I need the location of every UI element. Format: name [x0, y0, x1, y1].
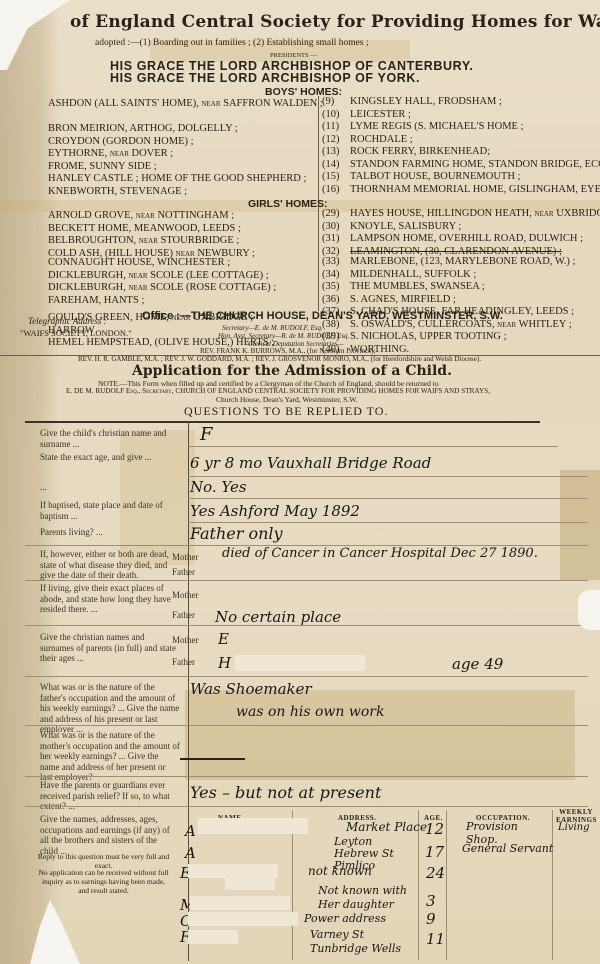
girls-home-item-numbered: (39)S. NICHOLAS, UPPER TOOTING ;	[322, 331, 507, 344]
father-label: Father	[172, 610, 195, 621]
answer-father-employer[interactable]: was on his own work	[236, 704, 384, 720]
sibling-name: A	[185, 822, 196, 840]
redaction	[188, 864, 278, 878]
answer-mother-death[interactable]: died of Cancer in Cancer Hospital Dec 27…	[222, 546, 538, 561]
question-label: Parents living? ...	[40, 527, 180, 538]
telegraphic-value: "WAIFS SOCIETY, LONDON."	[20, 328, 132, 338]
boys-home-item: FROME, SUNNY SIDE ;	[48, 161, 157, 174]
mother-label: Mother	[172, 635, 199, 646]
office-address: Office :—THE CHURCH HOUSE, DEAN'S YARD, …	[142, 310, 503, 322]
girls-home-item-numbered: (36)S. AGNES, MIRFIELD ;	[322, 294, 456, 307]
answer-father-occupation[interactable]: Was Shoemaker	[190, 680, 312, 698]
boys-home-item-numbered: (15)TALBOT HOUSE, BOURNEMOUTH ;	[322, 171, 520, 184]
question-label: If baptised, state place and date of bap…	[40, 500, 180, 521]
sibling-name: A	[185, 844, 196, 862]
answer-father-age[interactable]: age 49	[452, 655, 503, 673]
girls-home-item-numbered: (33)MARLEBONE, (123, MARYLEBONE ROAD, W.…	[322, 256, 575, 269]
sibling-address: Not known with Her daughter	[318, 884, 418, 912]
mother-label: Mother	[172, 552, 199, 563]
boys-home-item: ASHDON (ALL SAINTS' HOME), near SAFFRON …	[48, 98, 323, 111]
answer-parish-relief[interactable]: Yes – but not at present	[190, 783, 381, 802]
girls-home-item: BECKETT HOME, MEANWOOD, LEEDS ;	[48, 223, 241, 236]
clerical-line-2: REV. H. R. GAMBLE, M.A. ; REV. J. W. GOD…	[78, 355, 481, 363]
sibling-earnings: Living	[558, 822, 590, 833]
sibling-age: 12	[425, 820, 444, 838]
question-label: ...	[40, 482, 180, 493]
secretary-line: Secretary—E. de M. RUDOLF, Esq.	[222, 324, 323, 332]
table-col-divider	[552, 810, 553, 960]
row-line	[25, 806, 588, 807]
redaction	[225, 878, 275, 890]
torn-corner	[0, 0, 70, 70]
methods-text: adopted :—(1) Boarding out in families ;…	[95, 38, 369, 48]
table-col-divider	[446, 810, 447, 960]
question-label: What was or is the nature of the father'…	[40, 682, 180, 735]
sibling-address: Varney St Tunbridge Wells	[310, 928, 415, 956]
boys-home-item-numbered: (9)KINGSLEY HALL, FRODSHAM ;	[322, 96, 502, 109]
row-line	[25, 580, 588, 581]
society-title: of England Central Society for Providing…	[70, 12, 600, 32]
row-line	[188, 446, 558, 447]
father-label: Father	[172, 567, 195, 578]
answer-mother-occupation-dash	[180, 758, 245, 760]
boys-home-item: CROYDON (GORDON HOME) ;	[48, 136, 194, 149]
answer-parents-living[interactable]: Father only	[190, 524, 283, 543]
answer-baptism-place-date[interactable]: Yes Ashford May 1892	[190, 502, 360, 520]
boys-home-item-numbered: (10)LEICESTER ;	[322, 109, 411, 122]
girls-home-item: DICKLEBURGH, near SCOLE (ROSE COTTAGE) ;	[48, 282, 276, 295]
mother-label: Mother	[172, 590, 199, 601]
form-top-rule	[25, 421, 540, 423]
boys-home-item-numbered: (12)ROCHDALE ;	[322, 134, 413, 147]
answer-child-name[interactable]: F	[200, 424, 213, 445]
question-label: Give the names, addresses, ages, occupat…	[40, 814, 175, 856]
question-note: No application can be received without f…	[36, 868, 171, 895]
girls-home-item: CONNAUGHT HOUSE, WINCHESTER ;	[48, 257, 230, 270]
row-line	[25, 776, 588, 777]
row-line	[188, 476, 588, 477]
president-york: HIS GRACE THE LORD ARCHBISHOP OF YORK.	[110, 71, 420, 85]
girls-home-item: BELBROUGHTON, near STOURBRIDGE ;	[48, 235, 239, 248]
boys-home-item: KNEBWORTH, STEVENAGE ;	[48, 186, 187, 199]
question-label: If, however, either or both are dead, st…	[40, 549, 180, 581]
sibling-address: not known	[308, 864, 372, 878]
answer-baptised[interactable]: No. Yes	[190, 478, 247, 496]
row-line	[188, 522, 588, 523]
redaction	[198, 818, 308, 834]
application-form-sheet: of England Central Society for Providing…	[0, 0, 600, 964]
boys-home-item: EYTHORNE, near DOVER ;	[48, 148, 173, 161]
girls-home-item-numbered: (34)MILDENHALL, SUFFOLK ;	[322, 269, 476, 282]
question-label: Give the christian names and surnames of…	[40, 632, 180, 664]
boys-home-item: HANLEY CASTLE ; HOME OF THE GOOD SHEPHER…	[48, 173, 306, 186]
father-label: Father	[172, 657, 195, 668]
answer-age-address[interactable]: 6 yr 8 mo Vauxhall Bridge Road	[190, 454, 431, 472]
boys-home-item-numbered: (13)ROCK FERRY, BIRKENHEAD;	[322, 146, 490, 159]
row-line	[25, 676, 588, 677]
redaction	[190, 896, 290, 910]
sibling-occupation: General Servant	[462, 842, 553, 855]
answer-father-name[interactable]: H	[218, 654, 231, 672]
telegraphic-label: Telegraphic Address :	[28, 316, 107, 326]
sibling-address: Market Place	[346, 820, 427, 834]
girls-home-item: ARNOLD GROVE, near NOTTINGHAM ;	[48, 210, 234, 223]
girls-homes-heading: GIRLS' HOMES:	[248, 198, 328, 210]
redaction	[235, 655, 365, 671]
sibling-address: Power address	[304, 912, 386, 925]
question-label: State the exact age, and give ...	[40, 452, 180, 463]
boys-home-item-numbered: (11)LYME REGIS (S. MICHAEL'S HOME ;	[322, 121, 524, 134]
redaction	[188, 912, 298, 926]
row-line	[188, 498, 588, 499]
girls-home-item-numbered: (29)HAYES HOUSE, HILLINGDON HEATH, near …	[322, 208, 600, 221]
sibling-age: 24	[426, 864, 445, 882]
question-label: Give the child's christian name and surn…	[40, 428, 180, 449]
answer-mother-name[interactable]: E	[218, 630, 229, 648]
girls-home-item-numbered: (30)KNOYLE, SALISBURY ;	[322, 221, 461, 234]
sibling-age: 3	[426, 892, 436, 910]
redaction	[188, 930, 238, 944]
torn-edge	[30, 900, 80, 964]
torn-edge	[578, 590, 600, 630]
note-line-3: Church House, Dean's Yard, Westminster, …	[216, 395, 357, 404]
boys-home-item: BRON MEIRION, ARTHOG, DOLGELLY ;	[48, 123, 238, 136]
girls-home-item-numbered: (35)THE MUMBLES, SWANSEA ;	[322, 281, 485, 294]
sibling-age: 17	[425, 843, 444, 861]
tape-strip	[560, 470, 600, 580]
sibling-age: 9	[426, 910, 436, 928]
boys-home-item-numbered: (16)THORNHAM MEMORIAL HOME, GISLINGHAM, …	[322, 184, 600, 197]
questions-heading: QUESTIONS TO BE REPLIED TO.	[184, 404, 388, 419]
presidents-label: PRESIDENTS —	[270, 52, 317, 59]
question-label: If living, give their exact places of ab…	[40, 583, 180, 615]
answer-father-abode[interactable]: No certain place	[215, 608, 341, 626]
girls-home-item-numbered: (31)LAMPSON HOME, OVERHILL ROAD, DULWICH…	[322, 233, 583, 246]
application-title: Application for the Admission of a Child…	[132, 363, 452, 379]
row-line	[25, 625, 588, 626]
clerical-line-1: REV. FRANK K. BURROWS, M.A., (for Northe…	[200, 347, 375, 355]
note-line-2: E. DE M. RUDOLF Esq., Secretary, CHURCH …	[66, 387, 490, 395]
asst-secretary-line: Hon. Asst. Secretary—R. de M. RUDOLF, Es…	[218, 332, 349, 340]
boys-home-item-numbered: (14)STANDON FARMING HOME, STANDON BRIDGE…	[322, 159, 600, 172]
question-label: What was or is the nature of the mother'…	[40, 730, 180, 783]
girls-home-item: FAREHAM, HANTS ;	[48, 295, 144, 308]
sibling-age: 11	[426, 930, 445, 948]
girls-home-item: DICKLEBURGH, near SCOLE (LEE COTTAGE) ;	[48, 270, 269, 283]
row-line	[25, 725, 588, 726]
